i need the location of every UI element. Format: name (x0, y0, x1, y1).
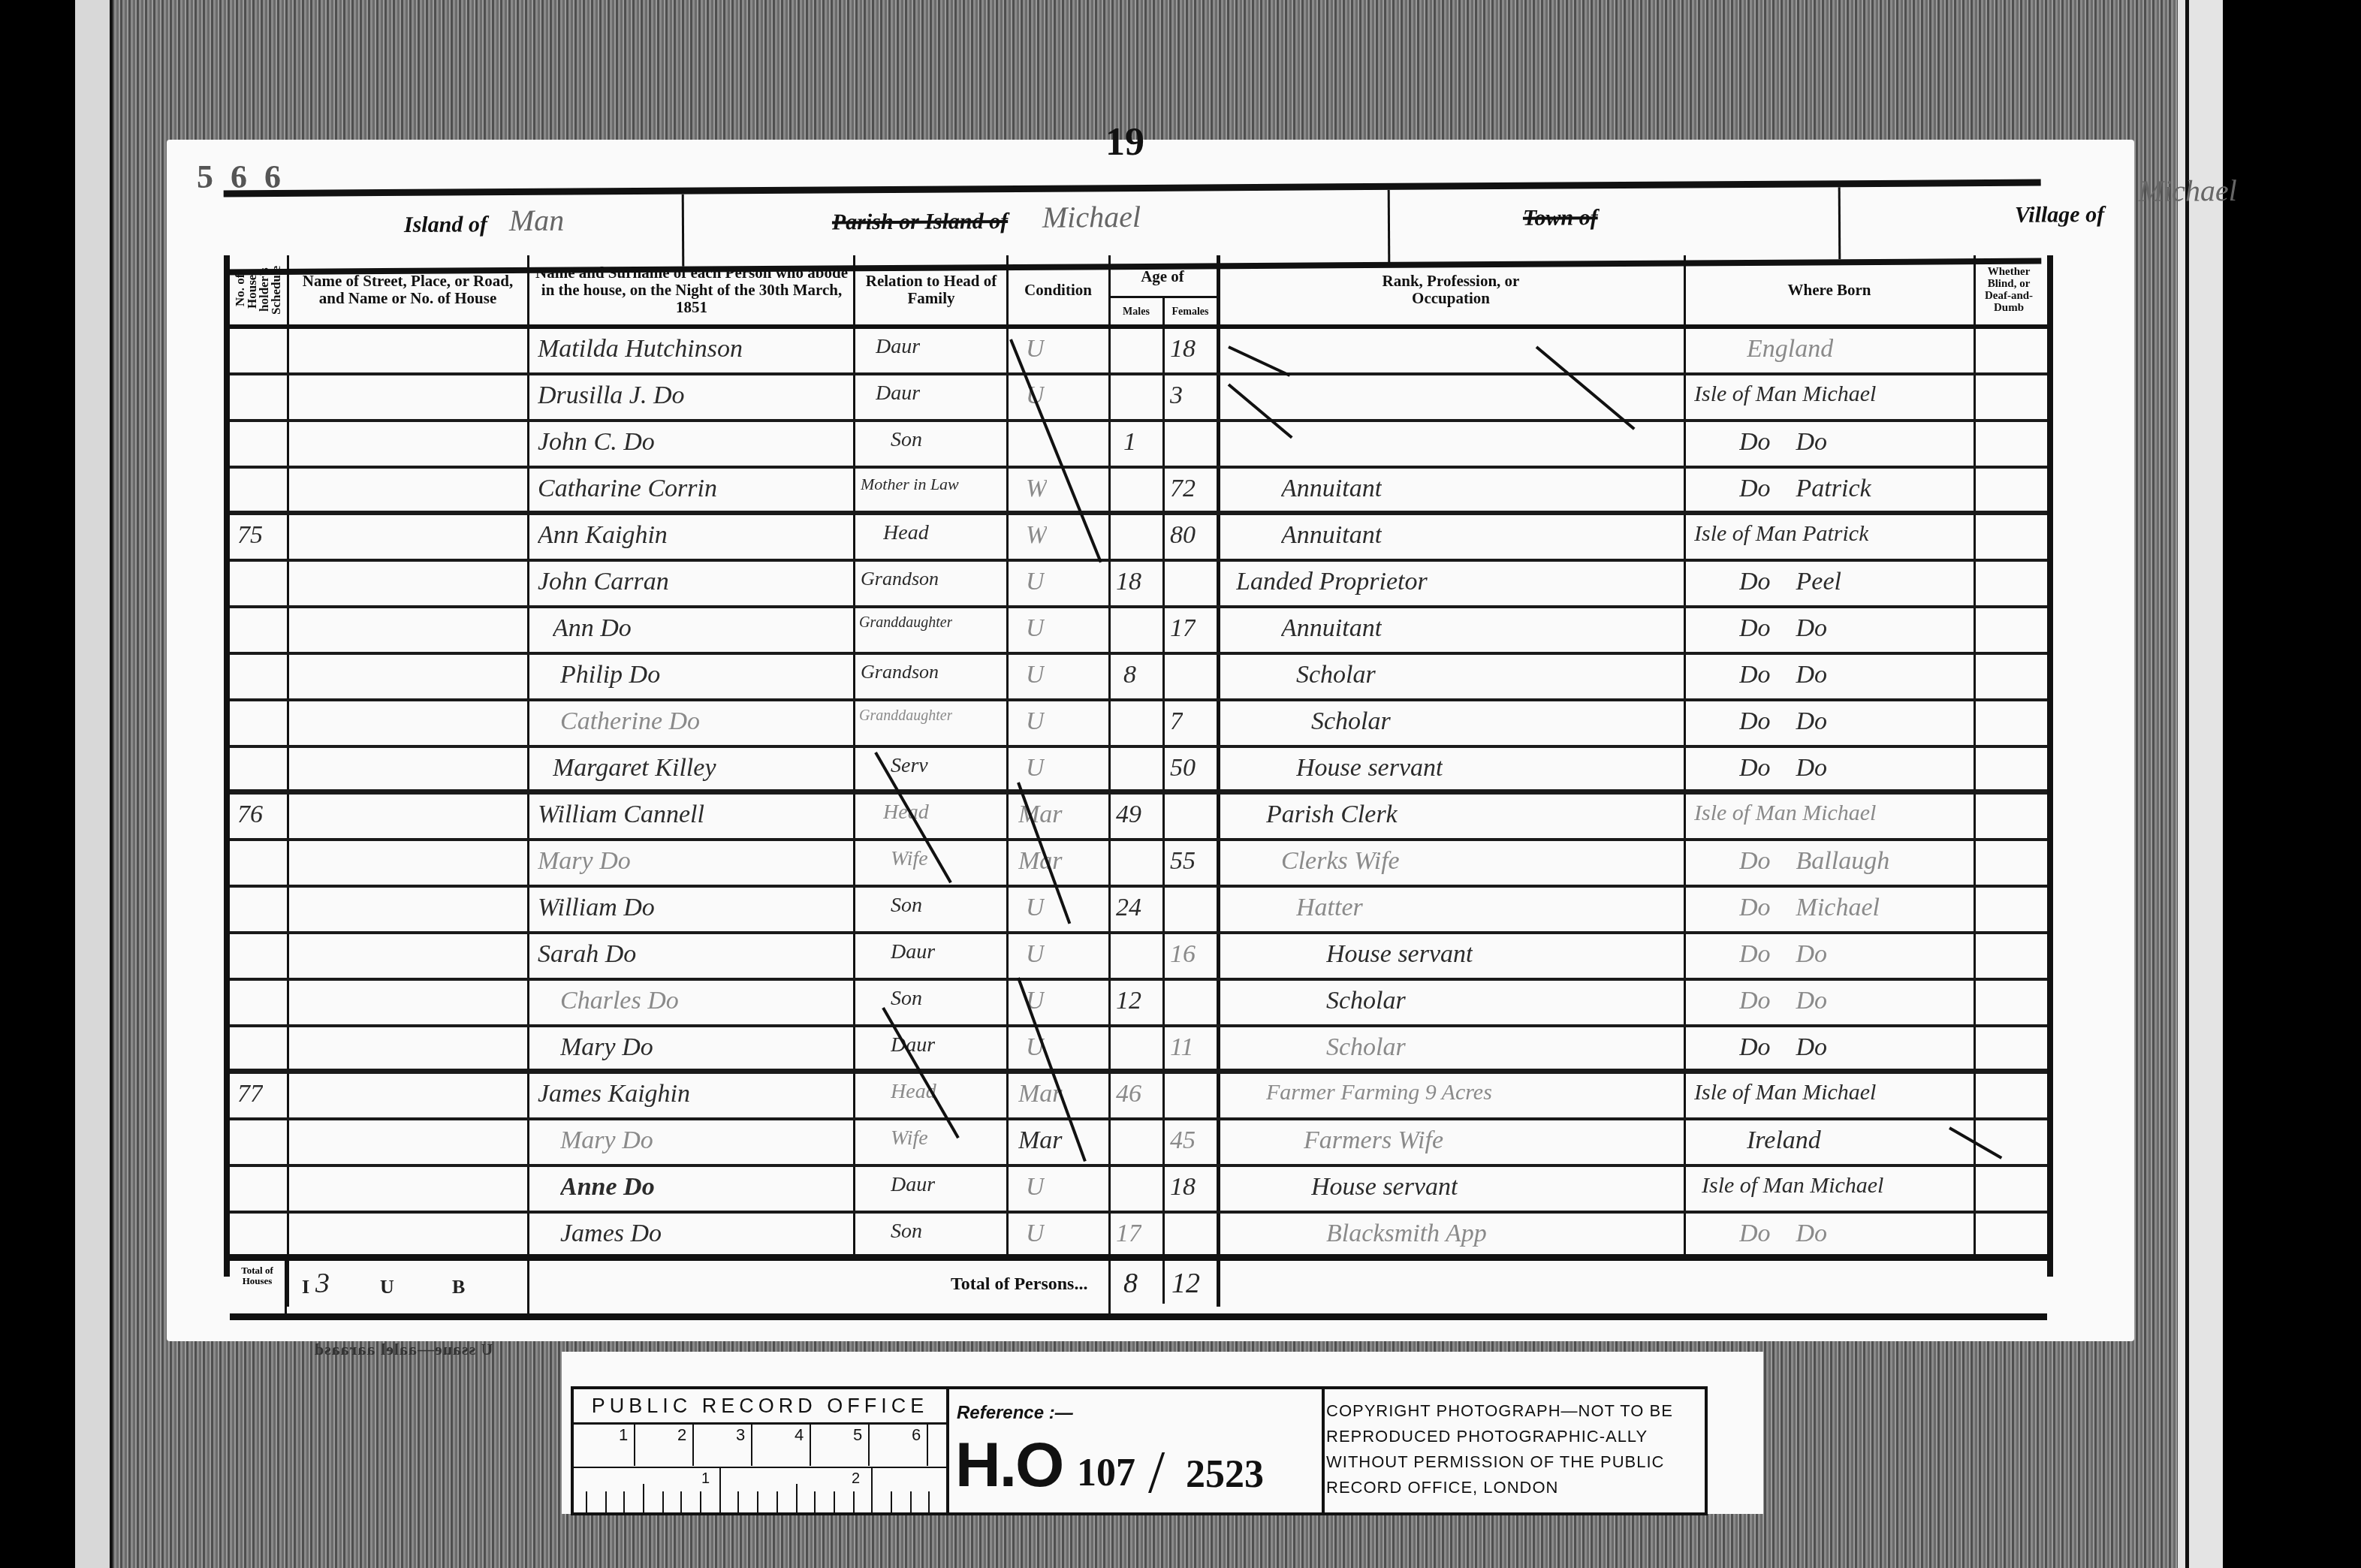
relation: Daur (891, 940, 935, 981)
col-header-born: Where Born (1685, 255, 1974, 324)
age-female: 16 (1170, 940, 1196, 981)
header-rule (230, 324, 2047, 329)
occupation: House servant (1311, 1173, 1458, 1214)
age-female: 50 (1170, 754, 1196, 795)
census-table: No. of House-holder's Schedule Name of S… (224, 255, 2053, 1277)
grid-line (527, 1261, 529, 1313)
relation: Daur (891, 1033, 935, 1074)
col-header-blind: Whether Blind, or Deaf-and-Dumb (1975, 255, 2043, 324)
age-male: 1 (1123, 428, 1136, 469)
total-males: 8 (1123, 1267, 1138, 1300)
town-label: Town of (1523, 205, 1598, 231)
inhabited-prefix: I (302, 1276, 309, 1298)
folio-number: 19 (1105, 120, 1144, 164)
scan-edge-left (75, 0, 113, 1568)
condition: W (1026, 475, 1047, 515)
relation: Son (891, 987, 922, 1027)
relation: Granddaughter (859, 707, 952, 748)
age-female: 45 (1170, 1126, 1196, 1167)
col-header-occupation: Rank, Profession, or Occupation (1218, 255, 1684, 324)
pro-office-title: PUBLIC RECORD OFFICE (574, 1389, 946, 1425)
age-male: 49 (1116, 801, 1141, 841)
col-header-street: Name of Street, Place, or Road, and Name… (288, 255, 527, 324)
table-row: Mary Do Daur U 11 Scholar Do Do (230, 1029, 2047, 1075)
col-header-name: Name and Surname of each Person who abod… (530, 255, 853, 324)
age-male: 46 (1116, 1080, 1141, 1120)
island-label: Island of (404, 212, 487, 238)
col-header-condition: Condition (1008, 255, 1108, 324)
table-row: Mary Do Wife Mar 55 Clerks Wife Do Balla… (230, 843, 2047, 889)
table-row: 77 James Kaighin Head Mar 46 Farmer Farm… (230, 1075, 2047, 1122)
town-cell: Town of (1388, 187, 1841, 262)
condition: U (1026, 1173, 1045, 1214)
table-row: Catherine Do Granddaughter U 7 Scholar D… (230, 703, 2047, 749)
age-female: 55 (1170, 847, 1196, 888)
birthplace: Do Patrick (1739, 475, 1871, 515)
table-row: Mary Do Wife Mar 45 Farmers Wife Ireland (230, 1122, 2047, 1168)
relation: Wife (891, 847, 928, 888)
relation: Head (883, 521, 929, 562)
relation: Son (891, 428, 922, 469)
birthplace: Do Peel (1739, 568, 1841, 608)
schedule-number: 77 (237, 1080, 263, 1120)
condition: U (1026, 940, 1045, 981)
age-male: 24 (1116, 894, 1141, 934)
village-cell: Village of (1838, 186, 2042, 260)
scan-edge-right (2178, 0, 2223, 1568)
birthplace: Do Do (1739, 661, 1827, 701)
birthplace: Isle of Man Michael (1694, 1080, 1876, 1120)
age-female: 18 (1170, 1173, 1196, 1214)
person-name: Mary Do (538, 847, 631, 888)
copyright-notice: COPYRIGHT PHOTOGRAPH—NOT TO BE REPRODUCE… (1326, 1398, 1702, 1500)
table-row: John C. Do Son 1 Do Do (230, 424, 2047, 470)
totals-row: Total of Houses I 3 U B Total of Persons… (230, 1254, 2047, 1320)
relation: Grandson (861, 568, 939, 608)
table-row: John Carran Grandson U 18 Landed Proprie… (230, 563, 2047, 610)
condition: U (1026, 707, 1045, 748)
table-row: Ann Do Granddaughter U 17 Annuitant Do D… (230, 610, 2047, 656)
person-name: Drusilla J. Do (538, 381, 685, 422)
total-houses-label: Total of Houses (230, 1261, 287, 1313)
reference-label: Reference :— (957, 1403, 1073, 1424)
birthplace: Isle of Man Michael (1702, 1173, 1883, 1214)
condition: U (1026, 335, 1045, 375)
schedule-number: 75 (237, 521, 263, 562)
relation: Grandson (861, 661, 939, 701)
age-female: 17 (1170, 614, 1196, 655)
person-name: William Do (538, 894, 655, 934)
condition: U (1026, 614, 1045, 655)
building-label: B (452, 1276, 465, 1298)
person-name: Ann Kaighin (538, 521, 668, 562)
condition: Mar (1018, 1126, 1063, 1167)
total-females: 12 (1171, 1267, 1200, 1300)
pro-reference-label: PUBLIC RECORD OFFICE 1 2 3 4 5 6 1 2 (562, 1352, 1763, 1514)
condition: U (1026, 894, 1045, 934)
table-row: Matilda Hutchinson Daur U 18 England (230, 330, 2047, 377)
table-row: Anne Do Daur U 18 House servant Isle of … (230, 1168, 2047, 1215)
pro-ruler-section: PUBLIC RECORD OFFICE 1 2 3 4 5 6 1 2 (574, 1389, 949, 1512)
reference-piece: 2523 (1186, 1452, 1264, 1497)
occupation: Annuitant (1281, 614, 1382, 655)
birthplace: Do Do (1739, 940, 1827, 981)
schedule-number: 76 (237, 801, 263, 841)
uninhabited-label: U (380, 1276, 394, 1298)
col-header-age-females: Females (1164, 299, 1217, 324)
scan-edge-line-right (2185, 0, 2189, 1568)
age-female: 11 (1170, 1033, 1193, 1074)
occupation: Farmers Wife (1304, 1126, 1443, 1167)
occupation: Hatter (1296, 894, 1363, 934)
col-header-age-males: Males (1110, 299, 1162, 324)
col-header-age: Age of (1110, 255, 1215, 297)
condition: W (1026, 521, 1047, 562)
birthplace: Do Do (1739, 754, 1827, 795)
age-female: 7 (1170, 707, 1183, 748)
col-header-relation: Relation to Head of Family (856, 255, 1006, 324)
relation: Daur (891, 1173, 935, 1214)
occupation: Scholar (1326, 987, 1406, 1027)
col-header-schedule: No. of House-holder's Schedule (230, 255, 287, 324)
occupation: Scholar (1311, 707, 1391, 748)
table-row: Margaret Killey Serv U 50 House servant … (230, 749, 2047, 796)
age-female: 18 (1170, 335, 1196, 375)
condition: U (1026, 568, 1045, 608)
person-name: Anne Do (560, 1173, 655, 1214)
grid-line (1108, 1261, 1111, 1313)
person-name: Philip Do (560, 661, 660, 701)
reference-slash: / (1148, 1439, 1165, 1507)
occupation: Parish Clerk (1266, 801, 1398, 841)
island-value: Man (509, 203, 565, 238)
person-name: James Kaighin (538, 1080, 690, 1120)
table-row: Catharine Corrin Mother in Law W 72 Annu… (230, 470, 2047, 517)
occupation: House servant (1326, 940, 1473, 981)
age-female: 3 (1170, 381, 1183, 422)
person-name: William Cannell (538, 801, 704, 841)
table-row: Drusilla J. Do Daur U 3 Isle of Man Mich… (230, 377, 2047, 424)
birthplace: Do Do (1739, 1033, 1827, 1074)
houses-inhabited: 3 (315, 1267, 330, 1300)
birthplace: Isle of Man Patrick (1694, 521, 1868, 562)
person-name: Margaret Killey (553, 754, 716, 795)
faint-reverse-note: U ssaue—aalel aaraasd (314, 1340, 493, 1359)
birthplace: Do Do (1739, 614, 1827, 655)
reference-class: 107 (1077, 1451, 1135, 1495)
table-row: Philip Do Grandson U 8 Scholar Do Do (230, 656, 2047, 703)
parish-value: Michael (1042, 199, 1141, 235)
scan-edge-line-left (110, 0, 113, 1568)
table-row: William Do Son U 24 Hatter Do Michael (230, 889, 2047, 936)
person-name: Charles Do (560, 987, 679, 1027)
birthplace: Isle of Man Michael (1694, 801, 1876, 841)
occupation: Annuitant (1281, 521, 1382, 562)
birthplace: Do Do (1739, 428, 1827, 469)
table-row: 76 William Cannell Head Mar 49 Parish Cl… (230, 796, 2047, 843)
relation: Wife (891, 1126, 928, 1167)
person-name: John C. Do (538, 428, 655, 469)
person-name: Ann Do (553, 614, 632, 655)
birthplace: Isle of Man Michael (1694, 381, 1876, 422)
village-label: Village of (2015, 202, 2104, 228)
occupation: House servant (1296, 754, 1443, 795)
occupation: Scholar (1296, 661, 1376, 701)
occupation: Scholar (1326, 1033, 1406, 1074)
birthplace: Do Do (1739, 707, 1827, 748)
table-row: Charles Do Son U 12 Scholar Do Do (230, 982, 2047, 1029)
condition: U (1026, 661, 1045, 701)
age-male: 12 (1116, 987, 1141, 1027)
age-female: 80 (1170, 521, 1196, 562)
village-value: Michael (2139, 173, 2237, 209)
birthplace: Do Do (1739, 987, 1827, 1027)
table-row: Sarah Do Daur U 16 House servant Do Do (230, 936, 2047, 982)
occupation: Annuitant (1281, 475, 1382, 515)
relation: Daur (876, 381, 920, 422)
parish-label: Parish or Island of (832, 209, 1008, 235)
occupation: Farmer Farming 9 Acres (1266, 1080, 1492, 1120)
person-name: Sarah Do (538, 940, 636, 981)
person-name: Matilda Hutchinson (538, 335, 743, 375)
relation: Granddaughter (859, 614, 952, 655)
person-name: Catharine Corrin (538, 475, 717, 515)
reference-prefix: H.O (955, 1428, 1063, 1501)
grid-line (1110, 296, 1217, 298)
age-male: 8 (1123, 661, 1136, 701)
condition: U (1026, 754, 1045, 795)
relation: Son (891, 894, 922, 934)
age-male: 18 (1116, 568, 1141, 608)
age-female: 72 (1170, 475, 1196, 515)
person-name: Mary Do (560, 1126, 653, 1167)
birthplace: England (1747, 335, 1833, 375)
occupation: Clerks Wife (1281, 847, 1400, 888)
birthplace: Do Michael (1739, 894, 1880, 934)
table-row: 75 Ann Kaighin Head W 80 Annuitant Isle … (230, 517, 2047, 563)
total-persons-label: Total of Persons... (951, 1274, 1087, 1295)
relation: Mother in Law (861, 475, 959, 515)
occupation: Landed Proprietor (1236, 568, 1428, 608)
relation: Daur (876, 335, 920, 375)
pro-reference-section: Reference :— H.O 107 / 2523 (949, 1389, 1325, 1512)
birthplace: Ireland (1747, 1126, 1821, 1167)
person-name: John Carran (538, 568, 669, 608)
person-name: Mary Do (560, 1033, 653, 1074)
birthplace: Do Ballaugh (1739, 847, 1889, 888)
person-name: Catherine Do (560, 707, 700, 748)
